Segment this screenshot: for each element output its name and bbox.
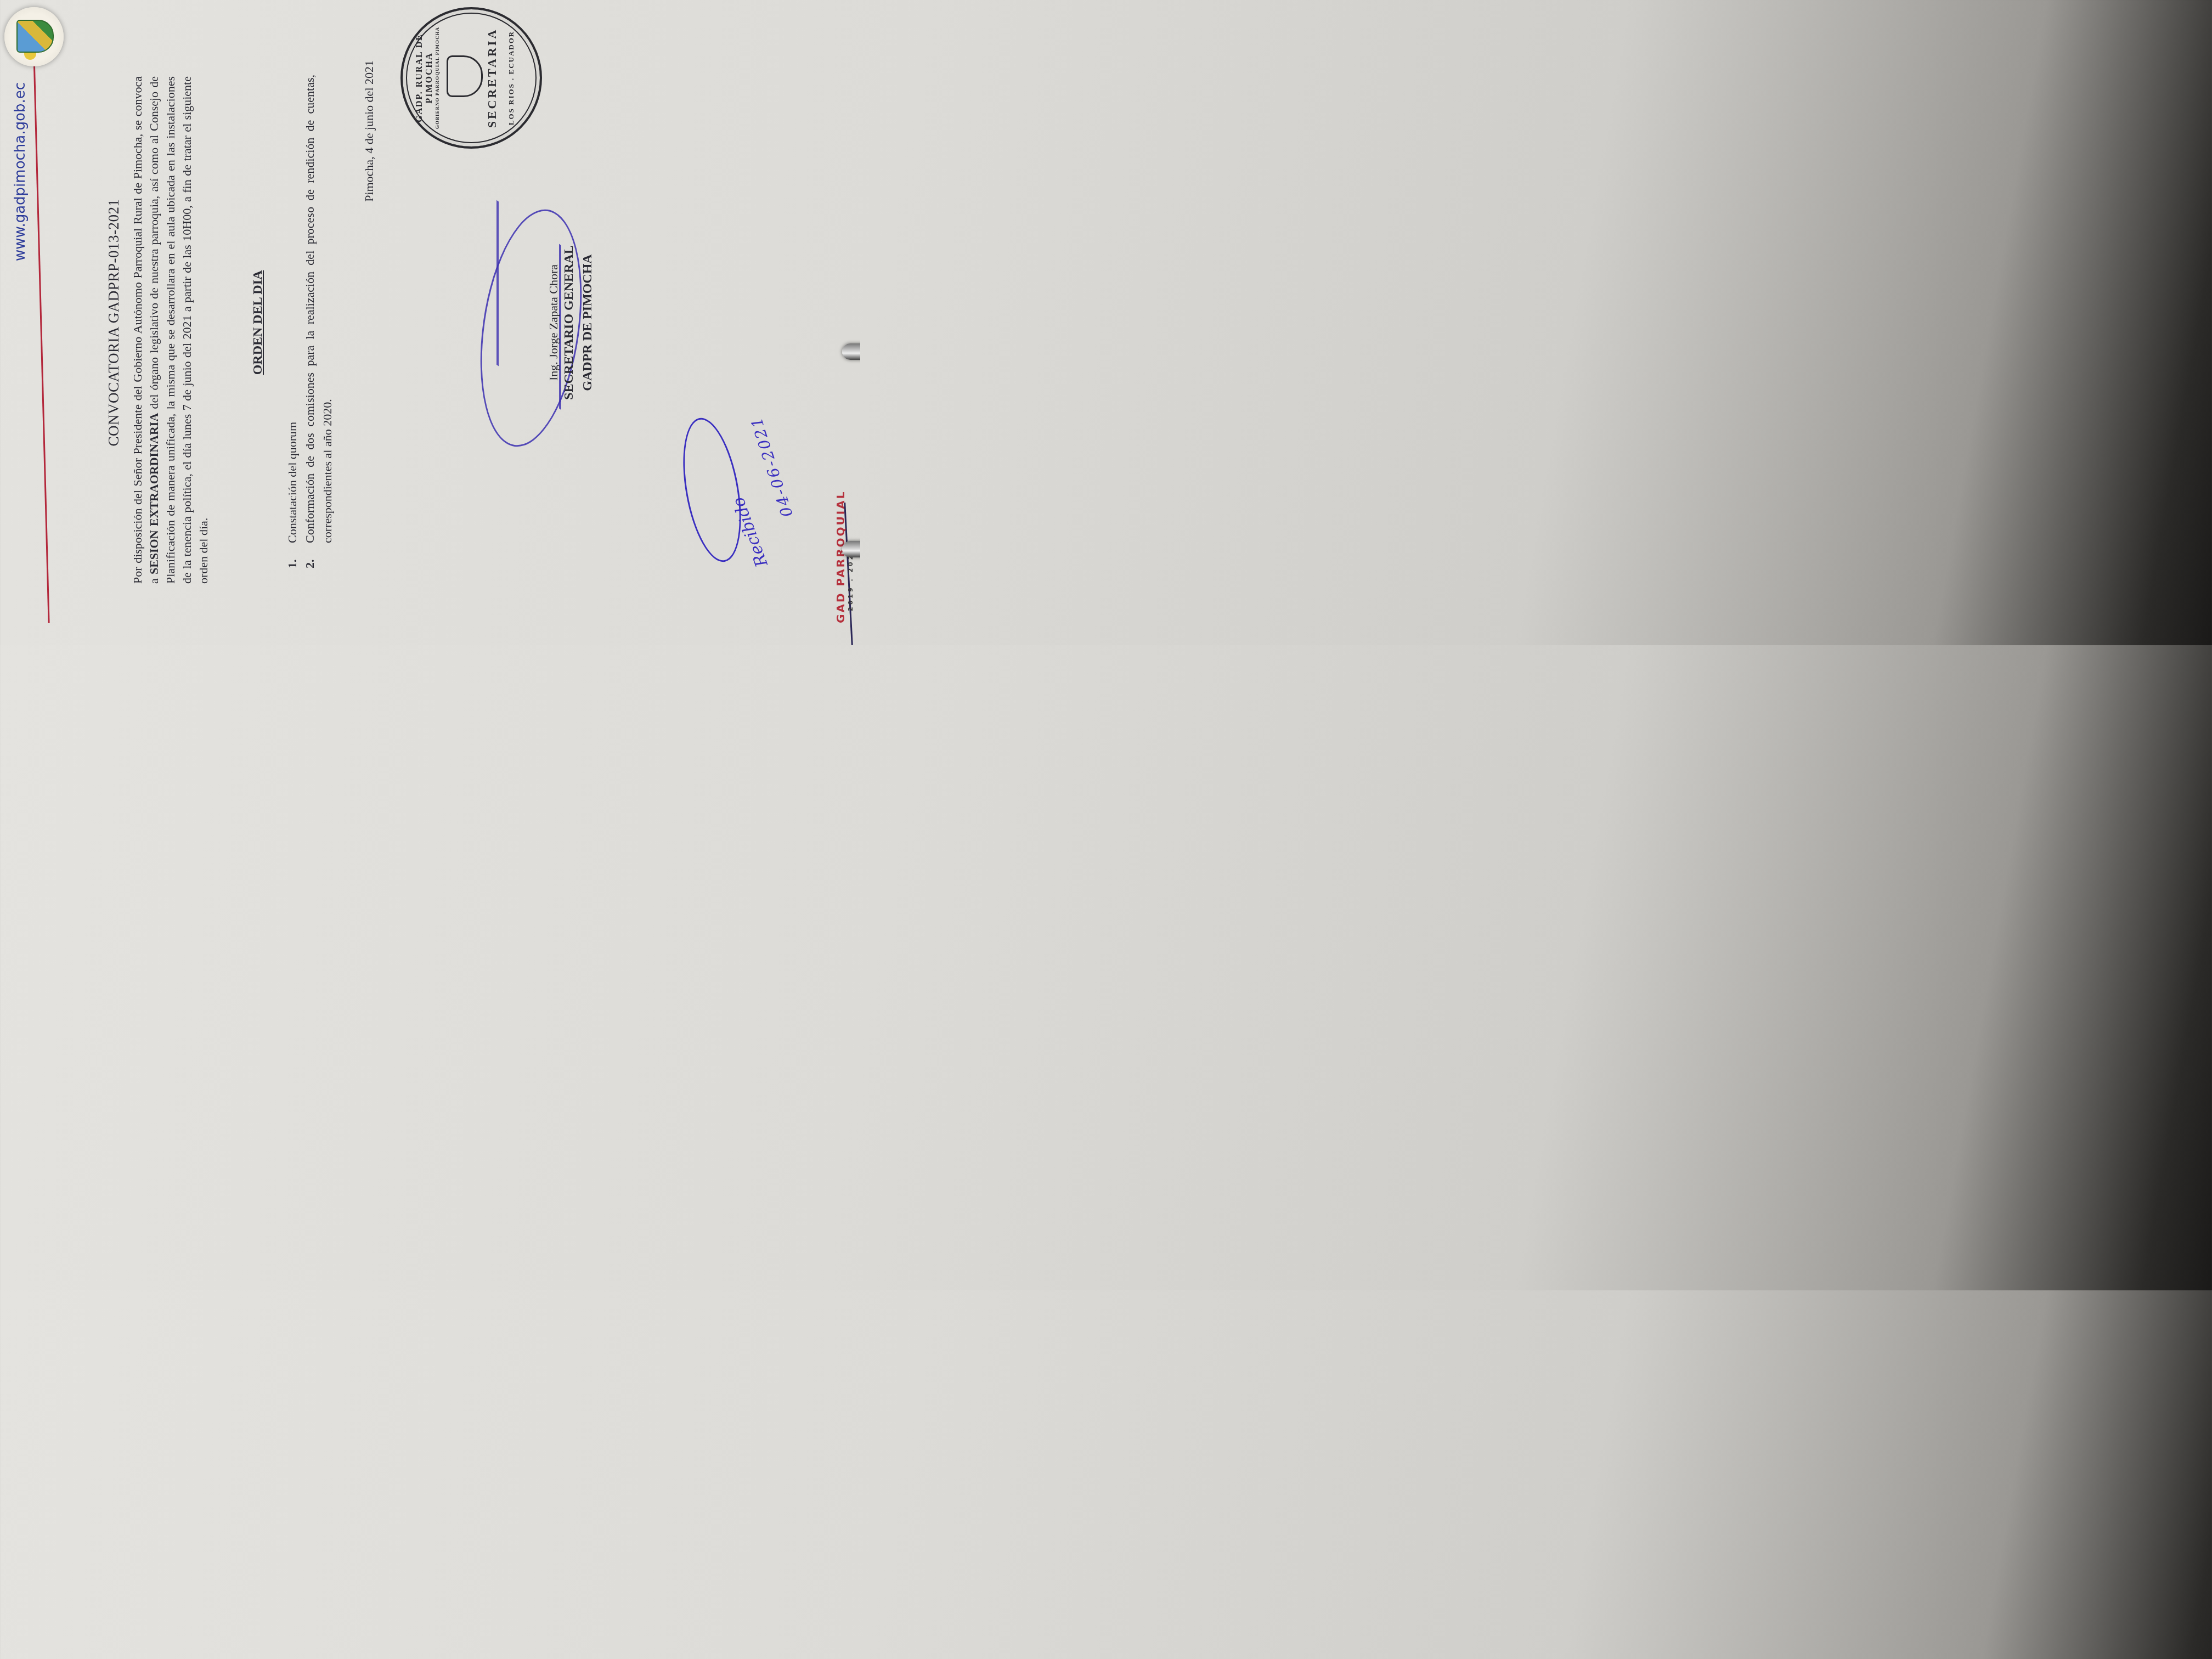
signature-block: Ing. Jorge Zapata Chora SECRETARIO GENER…	[546, 0, 595, 645]
agenda-item: 2. Conformación de dos comisiones para l…	[301, 75, 336, 568]
coat-of-arms-icon	[447, 55, 483, 97]
signer-role: SECRETARIO GENERAL	[561, 0, 577, 645]
letterhead-divider	[33, 53, 49, 623]
receipt-signature	[674, 414, 751, 567]
binder-ring-icon	[842, 541, 860, 557]
signer-name: Ing. Jorge Zapata Chora	[546, 0, 561, 645]
receipt-date: 04-06-2021	[747, 414, 797, 519]
agenda-text: Constatación del quorum	[284, 422, 301, 543]
stamp-middle-text: SECRETARIA	[485, 9, 499, 146]
document-title: CONVOCATORIA GADPRP-013-2021	[105, 0, 122, 645]
stamp-outer-text: GADP. RURAL DE PIMOCHA	[415, 9, 435, 146]
convocation-paragraph: Por disposición del Señor Presidente del…	[129, 76, 212, 584]
agenda-number: 1.	[284, 543, 301, 568]
agenda-heading: ORDEN DEL DIA	[251, 0, 266, 645]
date-line: Pimocha, 4 de junio del 2021	[362, 60, 376, 202]
shield-icon	[16, 20, 54, 53]
agenda-number: 2.	[301, 543, 336, 568]
stamp-inner-text: GOBIERNO PARROQUIAL PIMOCHA	[435, 9, 440, 146]
stamp-bottom-text: LOS RIOS . ECUADOR	[507, 9, 516, 146]
agenda-list: 1. Constatación del quorum 2. Conformaci…	[284, 75, 336, 568]
document-page: www.gadpimocha.gob.ec CONVOCATORIA GADPR…	[0, 0, 860, 645]
official-stamp: GADP. RURAL DE PIMOCHA GOBIERNO PARROQUI…	[400, 7, 542, 149]
agenda-item: 1. Constatación del quorum	[284, 75, 301, 568]
handwritten-receipt-note: Recibido 04-06-2021	[647, 371, 795, 579]
agenda-text: Conformación de dos comisiones para la r…	[301, 75, 336, 543]
letterhead-website: www.gadpimocha.gob.ec	[12, 82, 29, 261]
binder-ring-icon	[842, 343, 860, 360]
brand-name: GAD PARROQUIAL	[834, 490, 847, 623]
session-type: SESION EXTRAORDINARIA	[147, 413, 161, 574]
parish-logo-icon	[4, 7, 64, 66]
signer-organization: GADPR DE PIMOCHA	[580, 0, 595, 645]
